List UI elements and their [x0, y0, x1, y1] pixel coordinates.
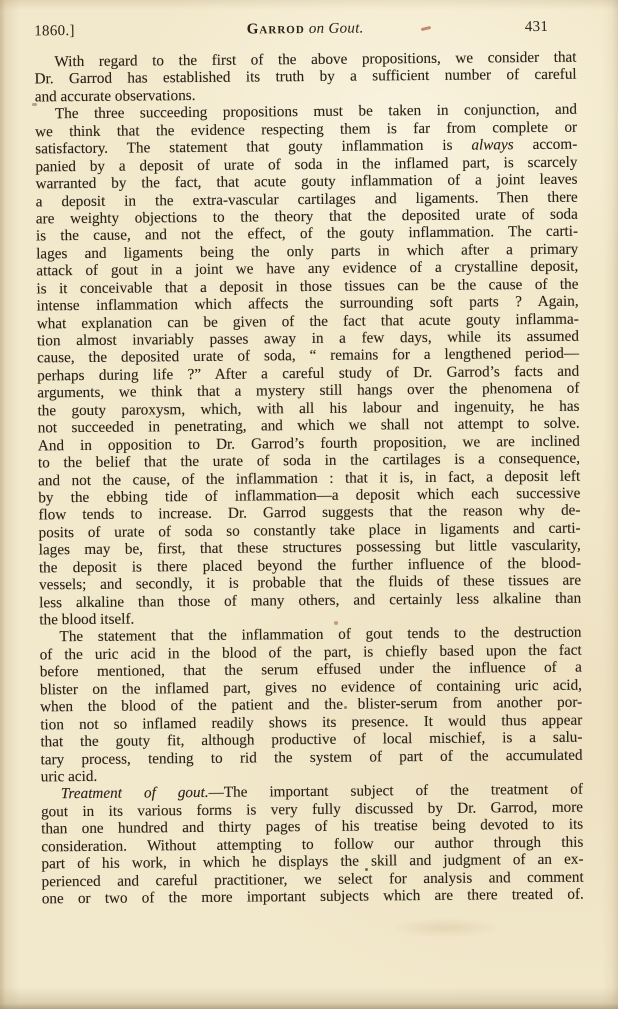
page-header: 1860.] Garrod on Gout. 431	[34, 18, 576, 41]
paper-stain	[390, 918, 500, 938]
text-segment: uric acid.	[41, 768, 98, 785]
text-line: one or two of the more important subject…	[42, 886, 584, 908]
italic-text: Treatment of gout.	[61, 784, 209, 802]
paragraph: The three succeeding propositions must b…	[35, 101, 582, 629]
text-segment: one or two of the more important subject…	[42, 886, 584, 908]
paragraph: Treatment of gout.—The important subject…	[41, 781, 584, 908]
running-title-author: Garrod	[247, 21, 305, 38]
running-title: Garrod on Gout.	[247, 20, 364, 39]
italic-text: always	[471, 136, 513, 153]
article-body: With regard to the first of the above pr…	[34, 49, 583, 908]
volume-date: 1860.]	[34, 21, 247, 41]
text-segment: and accurate observations.	[35, 87, 196, 105]
paragraph: With regard to the first of the above pr…	[34, 49, 576, 106]
running-title-work: on Gout.	[305, 21, 364, 38]
page-number: 431	[364, 18, 577, 38]
paragraph: The statement that the inflammation of g…	[39, 624, 582, 786]
scanned-book-page: { "colors": { "paper": "#f2e8cb", "ink":…	[0, 0, 618, 1009]
page-content: 1860.] Garrod on Gout. 431 With regard t…	[34, 18, 584, 908]
text-segment: accom-	[514, 136, 578, 154]
text-segment: the blood itself.	[39, 611, 134, 629]
